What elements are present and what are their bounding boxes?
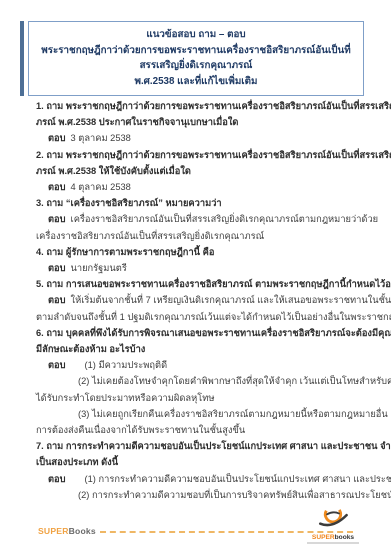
answer-item: (1) การกระทำความดีความชอบอันเป็นประโยชน์…: [85, 474, 391, 484]
question-line: มีลักษณะต้องห้าม อะไรบ้าง: [36, 341, 357, 357]
title-line-3: พ.ศ.2538 และที่แก้ไขเพิ่มเติม: [37, 74, 355, 90]
answer-text: 4 ตุลาคม 2538: [71, 182, 131, 192]
question-line: เป็นสองประเภท ดังนี้: [36, 454, 357, 470]
answer-continuation-line: เครื่องราชอิสริยาภรณ์อันเป็นที่สรรเสริญย…: [36, 228, 357, 244]
answer-line: ตอบให้เริ่มต้นจากชั้นที่ 7 เหรียญเงินดิเ…: [48, 292, 357, 308]
question-line: 1. ถาม พระราชกฤษฎีกาว่าด้วยการขอพระราชทา…: [36, 98, 357, 114]
title-line-1: แนวข้อสอบ ถาม – ตอบ: [37, 27, 355, 43]
qa-content: 1. ถาม พระราชกฤษฎีกาว่าด้วยการขอพระราชทา…: [36, 98, 357, 503]
footer-logo-tagline-bar: [307, 542, 359, 544]
answer-item: (1) มีความประพฤติดี: [85, 360, 168, 370]
answer-label: ตอบ: [48, 263, 66, 273]
answer-text: นายกรัฐมนตรี: [71, 263, 127, 273]
answer-label: ตอบ: [48, 474, 66, 484]
question-line: 2. ถาม พระราชกฤษฎีกาว่าด้วยการขอพระราชทา…: [36, 147, 357, 163]
answer-text: เครื่องราชอิสริยาภรณ์อันเป็นที่สรรเสริญย…: [71, 214, 379, 224]
answer-continuation-line: ตามลำดับจนถึงชั้นที่ 1 ปฐมดิเรกคุณาภรณ์เ…: [36, 309, 357, 325]
question-line: ภรณ์ พ.ศ.2538 ประกาศในราชกิจจานุเบกษาเมื…: [36, 114, 357, 130]
footer-logo-books: books: [335, 534, 354, 541]
answer-label: ตอบ: [48, 360, 66, 370]
answer-item-line: (3) ไม่เคยถูกเรียกคืนเครื่องราชอิสริยาภร…: [78, 406, 357, 422]
footer-brand-super: SUPER: [38, 526, 69, 536]
answer-label: ตอบ: [48, 182, 66, 192]
document-page: แนวข้อสอบ ถาม – ตอบ พระราชกฤษฎีกาว่าด้วย…: [0, 0, 391, 559]
question-line: 4. ถาม ผู้รักษาการตามพระราชกฤษฎีกานี้ คื…: [36, 244, 357, 260]
answer-line: ตอบ4 ตุลาคม 2538: [48, 179, 357, 195]
title-line-2: พระราชกฤษฎีกาว่าด้วยการขอพระราชทานเครื่อ…: [37, 43, 355, 74]
footer-brand-books: Books: [69, 526, 96, 536]
answer-line: ตอบ(1) มีความประพฤติดี: [48, 357, 357, 373]
answer-line: ตอบเครื่องราชอิสริยาภรณ์อันเป็นที่สรรเสร…: [48, 211, 357, 227]
superbooks-swirl-icon: [316, 503, 350, 529]
answer-text: ให้เริ่มต้นจากชั้นที่ 7 เหรียญเงินดิเรกค…: [71, 295, 391, 305]
question-line: 3. ถาม “เครื่องราชอิสริยาภรณ์” หมายความว…: [36, 195, 357, 211]
answer-label: ตอบ: [48, 214, 66, 224]
footer-logo-super: SUPER: [312, 534, 335, 541]
answer-line: ตอบ3 ตุลาคม 2538: [48, 130, 357, 146]
answer-label: ตอบ: [48, 133, 66, 143]
question-line: ภรณ์ พ.ศ.2538 ให้ใช้บังคับตั้งแต่เมื่อใด: [36, 163, 357, 179]
footer-logo-wordmark: SUPERbooks: [307, 534, 359, 541]
title-box: แนวข้อสอบ ถาม – ตอบ พระราชกฤษฎีกาว่าด้วย…: [28, 21, 364, 96]
question-line: 5. ถาม การเสนอขอพระราชทานเครื่องราชอิสริ…: [36, 276, 357, 292]
footer-logo: SUPERbooks: [307, 503, 359, 544]
answer-item-line: (2) การกระทำความดีความชอบที่เป็นการบริจา…: [78, 487, 357, 503]
question-line: 7. ถาม การกระทำความดีความชอบอันเป็นประโย…: [36, 438, 357, 454]
answer-line: ตอบนายกรัฐมนตรี: [48, 260, 357, 276]
answer-continuation-line: การต้องส่งคืนเนื่องจากได้รับพระราชทานในช…: [36, 422, 357, 438]
question-line: 6. ถาม บุคคลที่พึงได้รับการพิจรณาเสนอขอพ…: [36, 325, 357, 341]
footer-brand: SUPERBooks: [38, 526, 96, 536]
answer-text: 3 ตุลาคม 2538: [71, 133, 131, 143]
answer-continuation-line: ได้รับกระทำโดยประมาทหรือความผิดลหุโทษ: [36, 390, 357, 406]
answer-label: ตอบ: [48, 295, 66, 305]
answer-line: ตอบ(1) การกระทำความดีความชอบอันเป็นประโย…: [48, 471, 357, 487]
answer-item-line: (2) ไม่เคยต้องโทษจำคุกโดยคำพิพากษาถึงที่…: [78, 373, 357, 389]
